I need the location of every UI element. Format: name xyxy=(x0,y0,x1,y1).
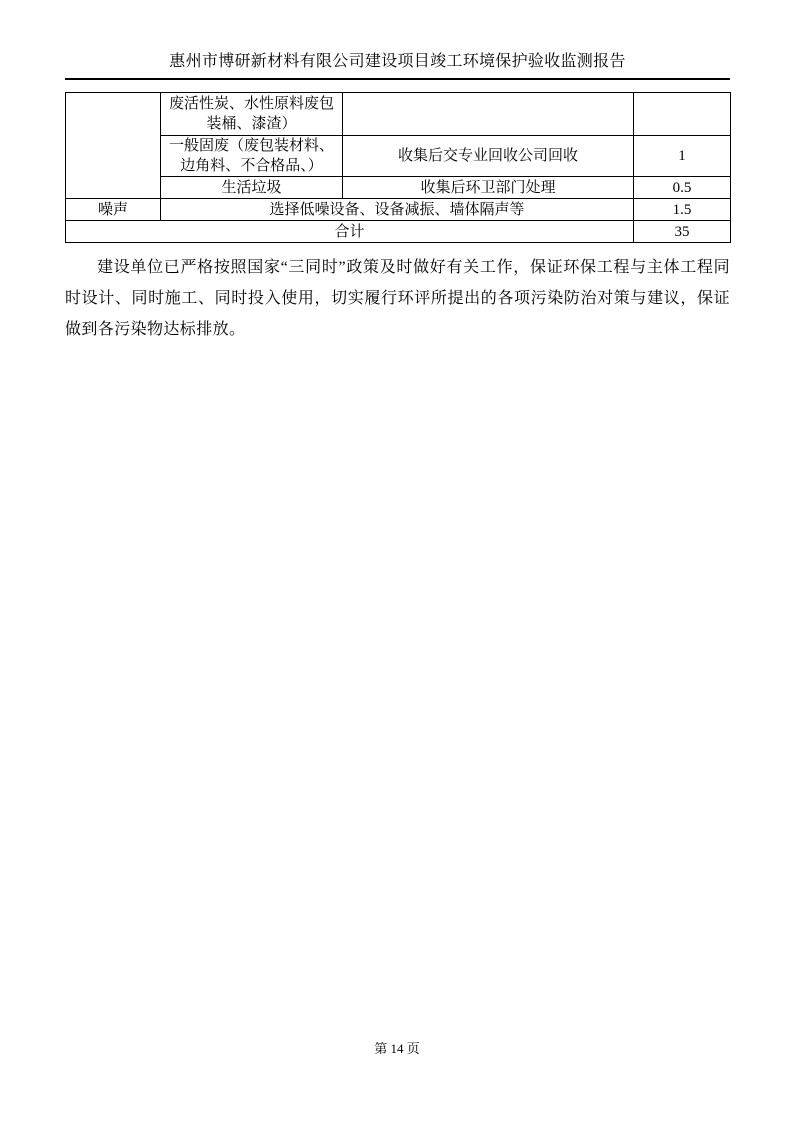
category-cell-empty xyxy=(66,93,161,199)
item-cell: 废活性炭、水性原料废包装桶、漆渣） xyxy=(161,93,343,136)
value-cell: 0.5 xyxy=(634,177,731,199)
table-row-total: 合计 35 xyxy=(66,221,731,243)
total-label-cell: 合计 xyxy=(66,221,634,243)
value-cell: 1.5 xyxy=(634,199,731,221)
page-footer: 第 14 页 xyxy=(0,1040,794,1058)
item-cell: 生活垃圾 xyxy=(161,177,343,199)
measure-cell: 收集后交专业回收公司回收 xyxy=(343,136,634,177)
pollution-measures-table: 废活性炭、水性原料废包装桶、漆渣） 一般固废（废包装材料、边角料、不合格品、） … xyxy=(65,92,731,243)
item-cell: 一般固废（废包装材料、边角料、不合格品、） xyxy=(161,136,343,177)
category-cell: 噪声 xyxy=(66,199,161,221)
total-value-cell: 35 xyxy=(634,221,731,243)
body-paragraph: 建设单位已严格按照国家“三同时”政策及时做好有关工作，保证环保工程与主体工程同时… xyxy=(65,252,730,345)
page-content: 惠州市博研新材料有限公司建设项目竣工环境保护验收监测报告 废活性炭、水性原料废包… xyxy=(65,0,730,345)
header-title: 惠州市博研新材料有限公司建设项目竣工环境保护验收监测报告 xyxy=(65,51,730,73)
table-row: 一般固废（废包装材料、边角料、不合格品、） 收集后交专业回收公司回收 1 xyxy=(66,136,731,177)
page-header: 惠州市博研新材料有限公司建设项目竣工环境保护验收监测报告 xyxy=(65,51,730,80)
table-row: 生活垃圾 收集后环卫部门处理 0.5 xyxy=(66,177,731,199)
measure-cell: 选择低噪设备、设备减振、墙体隔声等 xyxy=(161,199,634,221)
value-cell xyxy=(634,93,731,136)
measure-cell: 收集后环卫部门处理 xyxy=(343,177,634,199)
table-row: 噪声 选择低噪设备、设备减振、墙体隔声等 1.5 xyxy=(66,199,731,221)
table-row: 废活性炭、水性原料废包装桶、漆渣） xyxy=(66,93,731,136)
measure-cell xyxy=(343,93,634,136)
value-cell: 1 xyxy=(634,136,731,177)
